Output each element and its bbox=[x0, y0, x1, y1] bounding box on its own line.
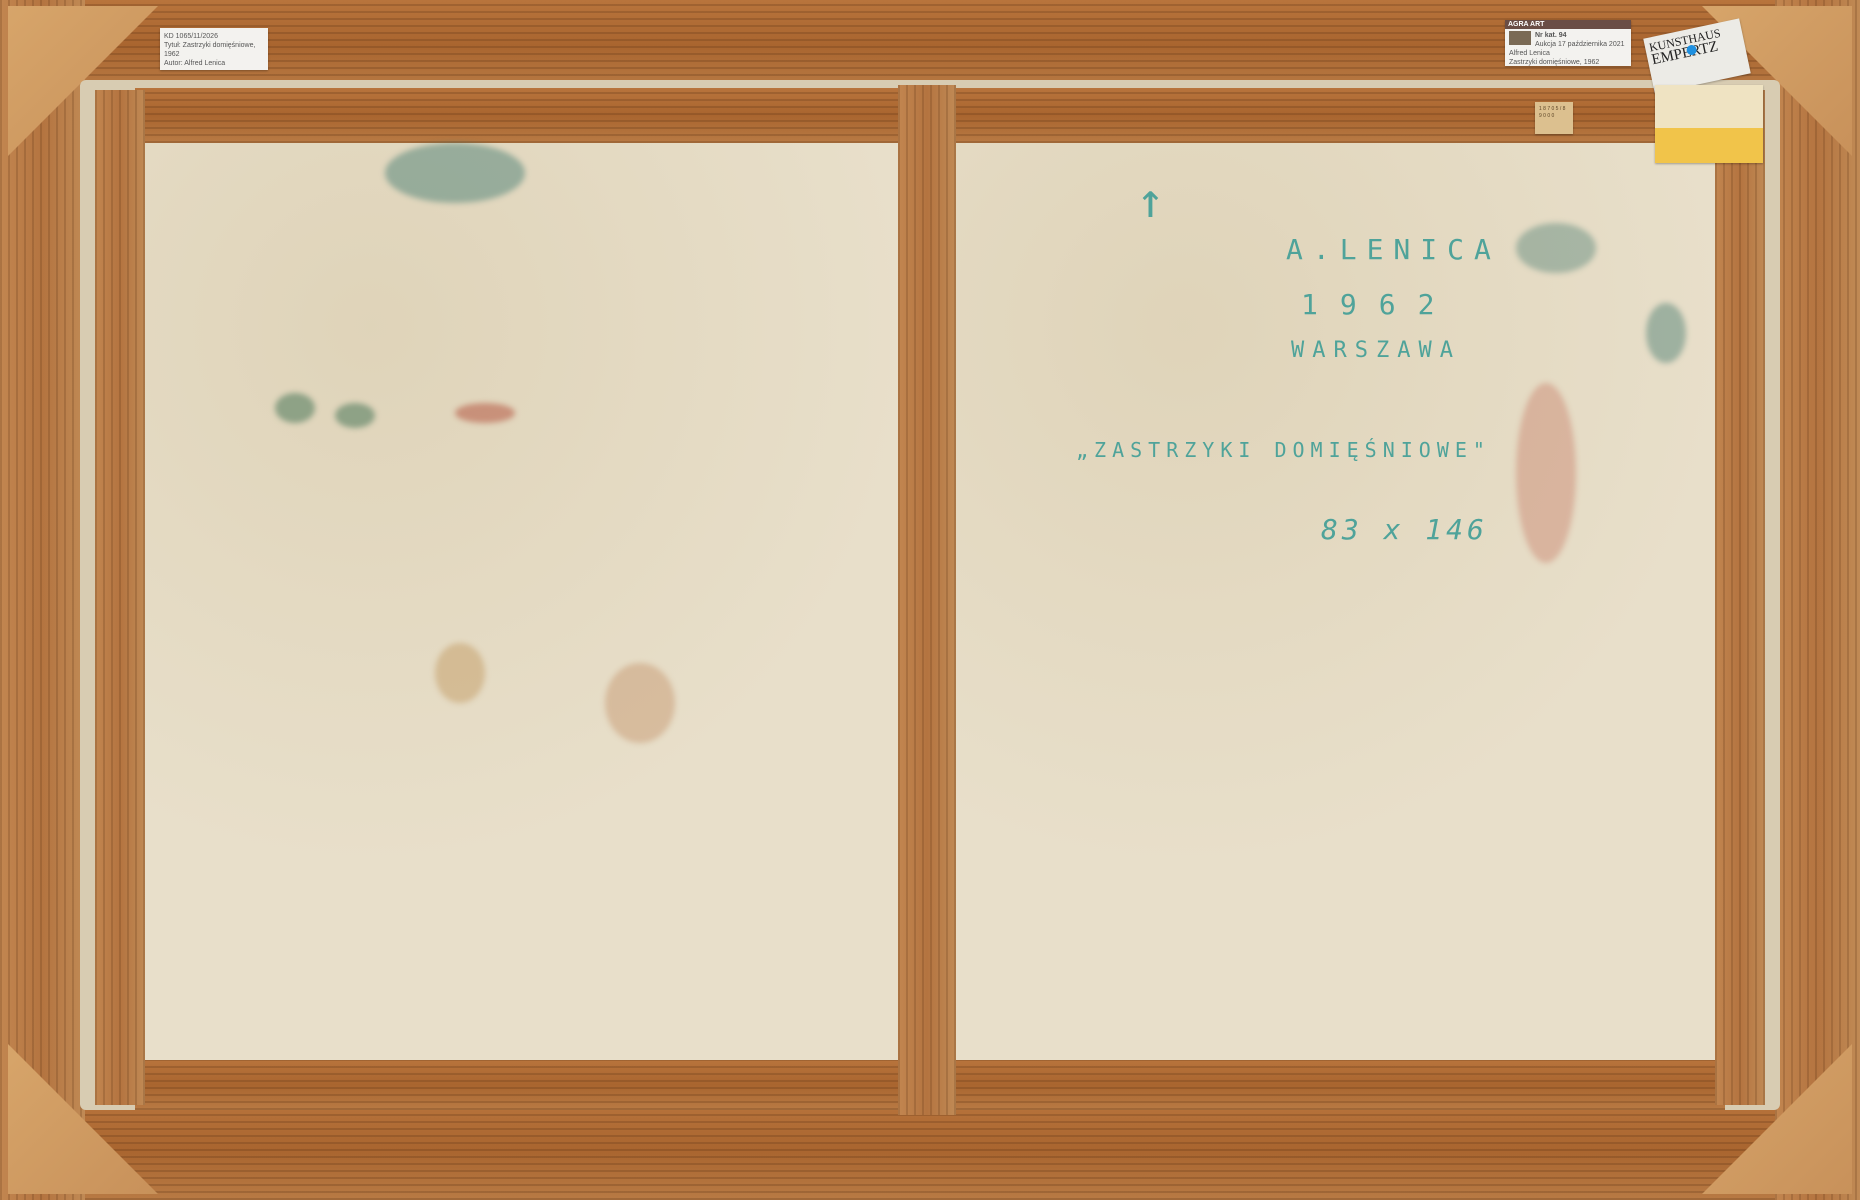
stain-mark bbox=[275, 393, 315, 423]
stain-mark bbox=[455, 403, 515, 423]
year-inscription: 1962 bbox=[1301, 288, 1456, 321]
yellow-sticker bbox=[1655, 128, 1763, 163]
arrow-up-icon: ↑ bbox=[1136, 173, 1165, 229]
auction-label: AGRA ART Nr kat. 94 Aukcja 17 październi… bbox=[1505, 20, 1631, 66]
dimensions-inscription: 83 x 146 bbox=[1321, 513, 1488, 546]
frame-left-rail bbox=[0, 0, 85, 1200]
inventory-number: KD 1065/11/2026 bbox=[164, 32, 264, 41]
stretcher-left-bar bbox=[95, 90, 145, 1105]
collection-label bbox=[1655, 85, 1763, 163]
frame-bottom-rail bbox=[0, 1100, 1860, 1200]
stretcher-right-bar bbox=[1715, 90, 1765, 1105]
small-tag: 1 8 7 0 5 / 8 9 0 0 0 bbox=[1535, 102, 1573, 134]
stain-mark bbox=[335, 403, 375, 428]
title-inscription: „ZASTRZYKI DOMIĘŚNIOWE" bbox=[1076, 438, 1491, 462]
inventory-title: Tytuł: Zastrzyki domięśniowe, 1962 bbox=[164, 41, 264, 59]
stain-mark bbox=[385, 143, 525, 203]
canvas-panel-left bbox=[145, 143, 898, 1060]
stain-mark bbox=[1646, 303, 1686, 363]
city-inscription: WARSZAWA bbox=[1291, 338, 1461, 363]
stain-mark bbox=[435, 643, 485, 703]
auction-brand: AGRA ART bbox=[1505, 20, 1631, 29]
auction-artist: Alfred Lenica bbox=[1509, 49, 1627, 58]
artist-signature: A.LENICA bbox=[1286, 233, 1501, 266]
stain-mark bbox=[1516, 383, 1576, 563]
stain-mark bbox=[605, 663, 675, 743]
stain-mark bbox=[1516, 223, 1596, 273]
stretcher-center-bar bbox=[898, 85, 956, 1115]
inventory-label: KD 1065/11/2026 Tytuł: Zastrzyki domięśn… bbox=[160, 28, 268, 70]
frame-right-rail bbox=[1775, 0, 1860, 1200]
inventory-author: Autor: Alfred Lenica bbox=[164, 59, 264, 68]
artwork-thumbnail bbox=[1509, 31, 1531, 45]
canvas-panel-right: ↑ A.LENICA 1962 WARSZAWA „ZASTRZYKI DOMI… bbox=[956, 143, 1715, 1060]
auction-title: Zastrzyki domięśniowe, 1962 bbox=[1509, 58, 1627, 67]
